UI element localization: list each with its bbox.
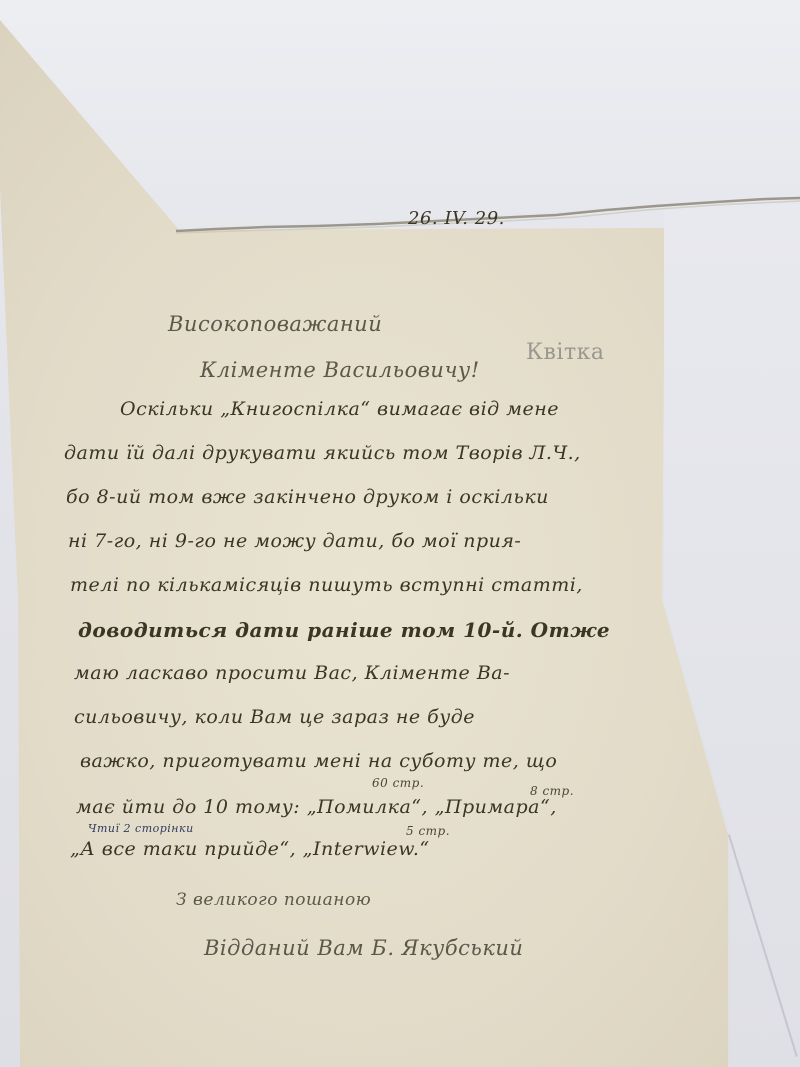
salutation-line-1: Високоповажаний [168,312,382,336]
body-line-8: сильовичу, коли Вам це зараз не буде [74,706,475,728]
body-line-4: ні 7-го, ні 9-го не можу дати, бо мої пр… [68,530,521,552]
blue-ink-annotation: Чтиї 2 сторінки [88,822,194,835]
pencil-annotation: Квітка [526,340,605,365]
signature: Відданий Вам Б. Якубський [204,936,523,960]
body-line-7: маю ласкаво просити Вас, Кліменте Ва- [74,662,510,684]
body-line-10: має йти до 10 тому: „Помилка“, „Примара“… [76,796,557,818]
body-line-2: дати їй далі друкувати якийсь том Творів… [64,442,581,464]
letter-date: 26. IV. 29. [408,208,505,229]
body-line-3: бо 8-ий том вже закінчено друком і оскіл… [66,486,549,508]
body-line-11: „А все таки прийде“, „Interwiew.“ [70,838,430,860]
body-line-1: Оскільки „Книгоспілка“ вимагає від мене [120,398,559,420]
annotation-page-count-pomylka: 60 стр. [372,776,424,790]
annotation-page-count-interwiew: 5 стр. [406,824,450,838]
closing-phrase: З великого пошаною [176,890,371,910]
body-line-6: доводиться дати раніше том 10-й. Отже [78,618,610,642]
body-line-9: важко, приготувати мені на суботу те, що [80,750,557,772]
salutation-line-2: Кліменте Васильовичу! [200,358,480,382]
body-line-5: телі по кількамісяців пишуть вступні ста… [70,574,583,596]
